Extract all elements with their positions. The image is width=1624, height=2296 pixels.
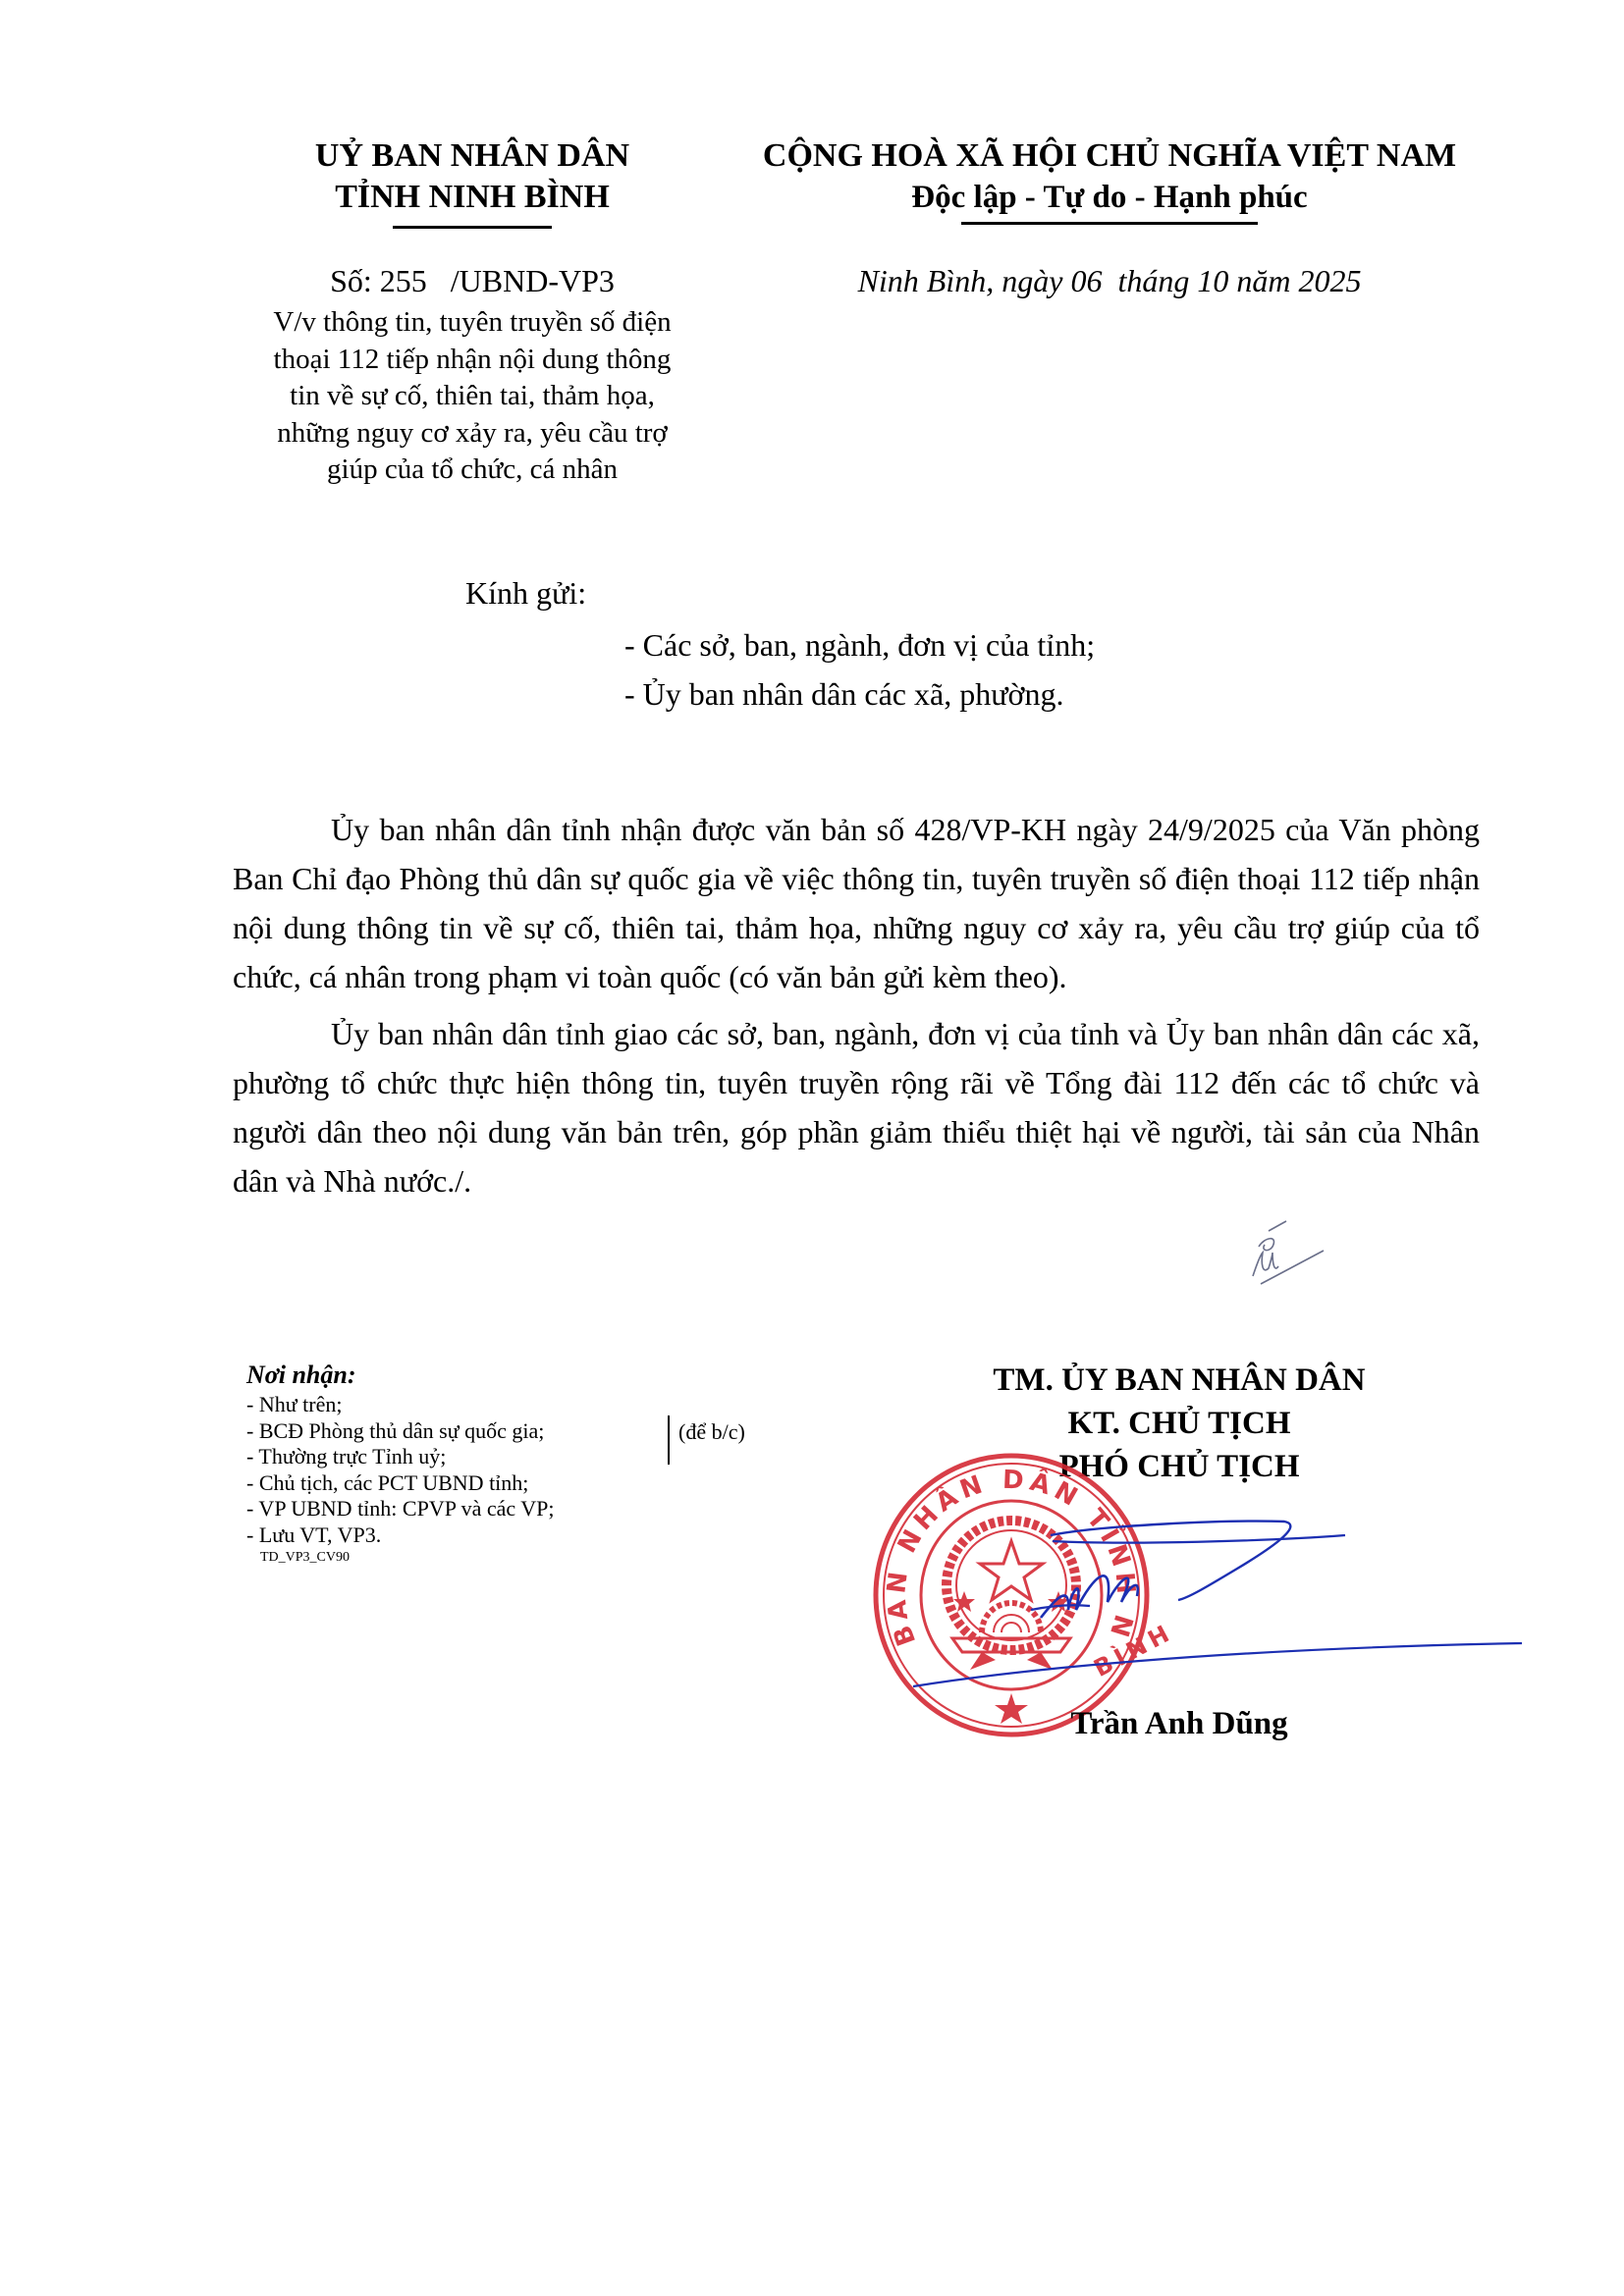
agency-name-line1: UỶ BAN NHÂN DÂN (237, 135, 708, 177)
subject-line: tin về sự cố, thiên tai, thảm họa, (237, 378, 708, 415)
subject-line: V/v thông tin, tuyên truyền số điện (237, 304, 708, 342)
addressee-list: - Các sở, ban, ngành, đơn vị của tỉnh; -… (624, 620, 1095, 719)
document-body: Ủy ban nhân dân tỉnh nhận được văn bản s… (233, 805, 1480, 1205)
place-and-date: Ninh Bình, ngày 06 tháng 10 năm 2025 (709, 261, 1510, 300)
recipient-item: - Thường trực Tỉnh uỷ; (246, 1444, 555, 1470)
addressee-item: - Ủy ban nhân dân các xã, phường. (624, 669, 1095, 719)
recipient-item: - BCĐ Phòng thủ dân sự quốc gia; (246, 1418, 555, 1445)
recipient-item: - VP UBND tỉnh: CPVP và các VP; (246, 1496, 555, 1522)
group-bracket (668, 1415, 670, 1465)
national-motto: Độc lập - Tự do - Hạnh phúc (709, 177, 1510, 218)
document-subject: V/v thông tin, tuyên truyền số điện thoạ… (237, 304, 708, 489)
country-name: CỘNG HOÀ XÃ HỘI CHỦ NGHĨA VIỆT NAM (709, 135, 1510, 177)
agency-name-line2: TỈNH NINH BÌNH (237, 177, 708, 218)
signature-title-line2: KT. CHỦ TỊCH (880, 1402, 1479, 1445)
recipients-title: Nơi nhận: (246, 1359, 555, 1392)
recipient-item: - Như trên; (246, 1392, 555, 1418)
document-number: Số: 255 /UBND-VP3 (237, 261, 708, 300)
signature-title-line1: TM. ỦY BAN NHÂN DÂN (880, 1359, 1479, 1402)
file-code: TD_VP3_CV90 (260, 1548, 555, 1568)
signer-name: Trần Anh Dũng (880, 1702, 1479, 1745)
national-header: CỘNG HOÀ XÃ HỘI CHỦ NGHĨA VIỆT NAM Độc l… (709, 135, 1510, 225)
body-paragraph: Ủy ban nhân dân tỉnh giao các sở, ban, n… (233, 1009, 1480, 1205)
addressee-label: Kính gửi: (465, 573, 586, 613)
subject-line: giúp của tổ chức, cá nhân (237, 452, 708, 489)
issuing-agency-header: UỶ BAN NHÂN DÂN TỈNH NINH BÌNH (237, 135, 708, 229)
recipient-item: - Lưu VT, VP3. (246, 1522, 555, 1549)
handwritten-signature-icon (1011, 1512, 1522, 1649)
subject-line: thoại 112 tiếp nhận nội dung thông (237, 342, 708, 379)
subject-line: những nguy cơ xảy ra, yêu cầu trợ (237, 415, 708, 453)
recipients-block: Nơi nhận: - Như trên; - BCĐ Phòng thủ dâ… (246, 1359, 555, 1568)
motto-underline (961, 222, 1258, 225)
addressee-item: - Các sở, ban, ngành, đơn vị của tỉnh; (624, 620, 1095, 669)
agency-underline (393, 226, 552, 229)
recipient-item: - Chủ tịch, các PCT UBND tỉnh; (246, 1470, 555, 1497)
initials-icon (1239, 1225, 1308, 1294)
body-paragraph: Ủy ban nhân dân tỉnh nhận được văn bản s… (233, 805, 1480, 1001)
group-note: (để b/c) (678, 1419, 745, 1445)
